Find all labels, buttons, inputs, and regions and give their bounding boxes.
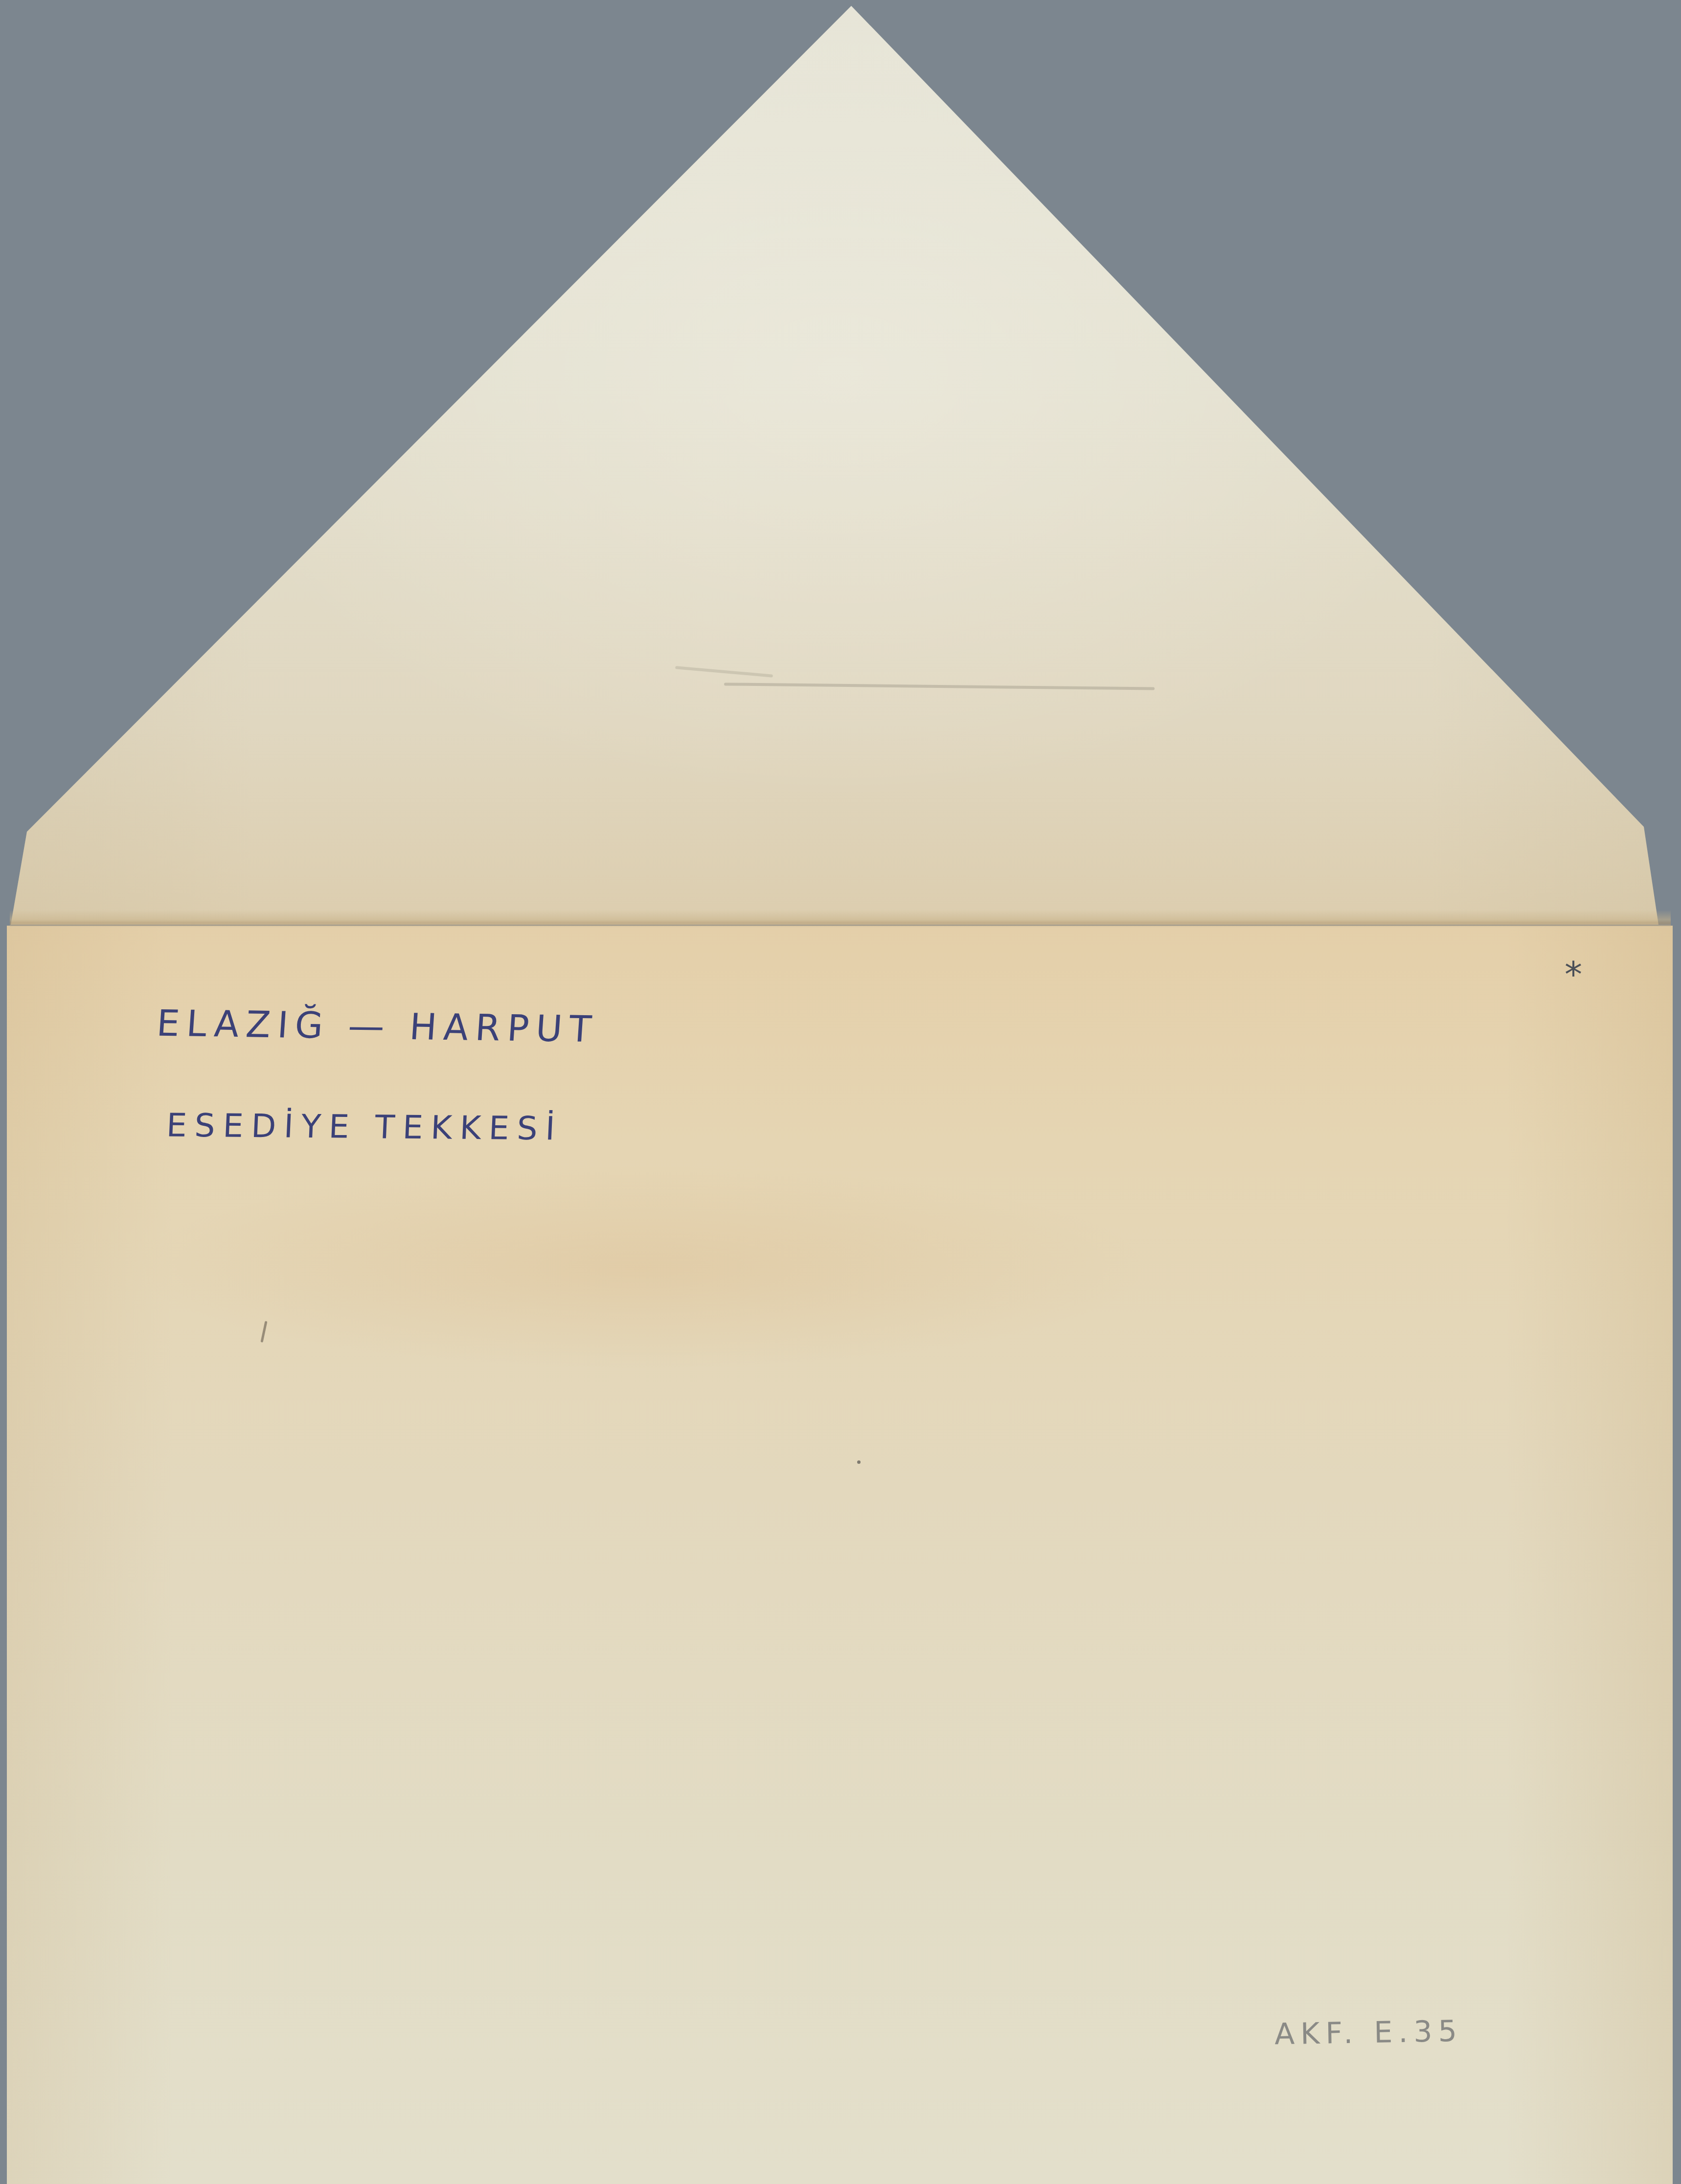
flap-fold-line — [10, 910, 1671, 928]
location-annotation: ELAZIĞ — HARPUT — [156, 1002, 600, 1051]
ink-dot — [857, 1460, 861, 1464]
asterisk-icon: * — [1565, 956, 1582, 992]
subject-annotation: ESEDİYE TEKKESİ — [165, 1106, 563, 1147]
catalog-number: AKF. E.35 — [1274, 2014, 1463, 2052]
